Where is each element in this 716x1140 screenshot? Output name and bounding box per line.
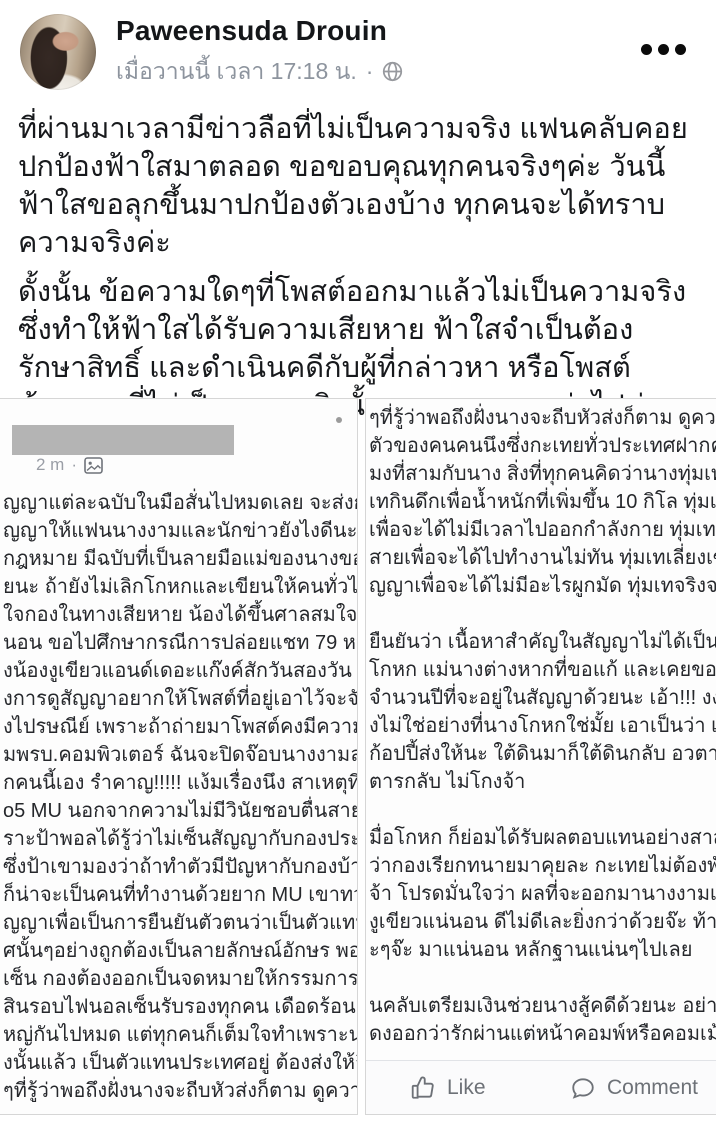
screenshot-text-line: ยืนยันว่า เนื้อหาสำคัญในสัญญาไม่ได้เป็นอ… xyxy=(369,628,716,656)
screenshot-text-line: ซึ่งป้าเขามองว่าถ้าทำตัวมีปัญหากับกองบ้า… xyxy=(3,853,358,881)
screenshot-text-line: เทกินดึกเพื่อน้ำหนักที่เพิ่มขึ้น 10 กิโล… xyxy=(369,488,716,516)
screenshot-text-line: สินรอบไฟนอลเซ็นรับรองทุกคน เดือดร้อน xyxy=(3,993,358,1021)
screenshot-text-line: ใจกองในทางเสียหาย น้องได้ขึ้นศาลสมใจ xyxy=(3,601,358,629)
globe-privacy-icon xyxy=(382,61,403,82)
screenshot-text-block: ๆที่รู้ว่าพอถึงฝั่งนางจะถีบหัวส่งก็ตาม ด… xyxy=(369,404,716,1048)
screenshot-text-line: หญ่กันไปหมด แต่ทุกคนก็เต็มใจทำเพราะนาง xyxy=(3,1021,358,1049)
screenshot-text-line: เซ็น กองต้องออกเป็นจดหมายให้กรรมการที่ xyxy=(3,965,358,993)
screenshot-text-line: ตารกลับ ไม่โกงจ้า xyxy=(369,768,716,796)
screenshot-text-line: งไปรษณีย์ เพราะถ้าถ่ายมาโพสต์คงมีความผิด xyxy=(3,713,358,741)
thumbs-up-icon xyxy=(410,1075,436,1101)
screenshot-text-line: o5 MU นอกจากความไม่มีวินัยชอบตื่นสายแล้ xyxy=(3,797,358,825)
screenshot-text-line: มื่อโกหก ก็ย่อมได้รับผลตอบแทนอย่างสาสม xyxy=(369,824,716,852)
screenshot-text-line: ญญาให้แฟนนางงามและนักข่าวยังไงดีนะถึงจะไ xyxy=(3,517,358,545)
screenshot-text-line: มพรบ.คอมพิวเตอร์ ฉันจะปิดจ๊อบนางงามลวง xyxy=(3,741,358,769)
avatar[interactable] xyxy=(20,14,96,90)
screenshot-text-line xyxy=(369,796,716,824)
screenshot-text-line: งูเขียวแน่นอน ดีไม่ดีเละยิ่งกว่าด้วยจ๊ะ … xyxy=(369,908,716,936)
post-options-button[interactable] xyxy=(637,40,690,59)
screenshot-text-line: นอน ขอไปศึกษากรณีการปล่อยแชท 79 หน้า xyxy=(3,629,358,657)
screenshot-text-line: ยนะ ถ้ายังไม่เลิกโกหกและเขียนให้คนทั่วไป xyxy=(3,573,358,601)
screenshot-text-line: ๆที่รู้ว่าพอถึงฝั่งนางจะถีบหัวส่งก็ตาม ด… xyxy=(369,404,716,432)
screenshot-text-line: ศนั้นๆอย่างถูกต้องเป็นลายลักษณ์อักษร พอน… xyxy=(3,937,358,965)
screenshot-timestamp: 2 m xyxy=(36,455,64,475)
corner-dot xyxy=(336,417,342,423)
screenshot-text-line xyxy=(369,600,716,628)
screenshot-text-line: กฎหมาย มีฉบับที่เป็นลายมือแม่ของนางขอแก้ xyxy=(3,545,358,573)
redacted-name-bar xyxy=(12,425,234,455)
screenshot-text-line: มงที่สามกับนาง สิ่งที่ทุกคนคิดว่านางทุ่ม… xyxy=(369,460,716,488)
dot-icon xyxy=(658,44,669,55)
meta-separator: · xyxy=(71,455,77,475)
screenshot-text-line: ก็น่าจะเป็นคนที่ทำงานด้วยยาก MU เขาทวง xyxy=(3,881,358,909)
dot-icon xyxy=(675,44,686,55)
screenshot-text-line: ญญาเพื่อจะได้ไม่มีอะไรผูกมัด ทุ่มเทจริงจ… xyxy=(369,572,716,600)
screenshot-text-line: จำนวนปีที่จะอยู่ในสัญญาด้วยนะ เอ้า!!! งง… xyxy=(369,684,716,712)
dot-icon xyxy=(641,44,652,55)
embedded-like-label: Like xyxy=(447,1076,486,1100)
screenshot-text-line: ตัวของคนคนนึงซึ่งกะเทยทั่วประเทศฝากควา xyxy=(369,432,716,460)
screenshot-text-line: กคนนี้เอง รำคาญ!!!!! แง้มเรื่องนึง สาเหต… xyxy=(3,769,358,797)
post-paragraph: ที่ผ่านมาเวลามีข่าวลือที่ไม่เป็นความจริง… xyxy=(18,110,700,262)
screenshot-text-line: จ้า โปรดมั่นใจว่า ผลที่จะออกมานางงามเละ xyxy=(369,880,716,908)
screenshot-text-line xyxy=(369,964,716,992)
meta-separator: · xyxy=(366,58,374,85)
photo-icon xyxy=(84,457,103,474)
screenshot-text-line: ก้อปปี้ส่งให้นะ ใต้ดินมาก็ใต้ดินกลับ อวต… xyxy=(369,740,716,768)
header-text: Paweensuda Drouin เมื่อวานนี้ เวลา 17:18… xyxy=(116,15,403,90)
screenshot-text-line: งไม่ใช่อย่างที่นางโกหกใช่มั้ย เอาเป็นว่า… xyxy=(369,712,716,740)
post-body: ที่ผ่านมาเวลามีข่าวลือที่ไม่เป็นความจริง… xyxy=(0,96,716,425)
post-header: Paweensuda Drouin เมื่อวานนี้ เวลา 17:18… xyxy=(0,0,716,96)
screenshot-text-line: สายเพื่อจะได้ไปทำงานไม่ทัน ทุ่มเทเลี่ยงเ… xyxy=(369,544,716,572)
timestamp: เมื่อวานนี้ เวลา 17:18 น. xyxy=(116,54,357,90)
attached-image-right[interactable]: ๆที่รู้ว่าพอถึงฝั่งนางจะถีบหัวส่งก็ตาม ด… xyxy=(365,398,716,1115)
screenshot-text-line: โกหก แม่นางต่างหากที่ขอแก้ และเคยขอให้ xyxy=(369,656,716,684)
screenshot-text-line: ๆที่รู้ว่าพอถึงฝั่งนางจะถีบหัวส่งก็ตาม ด… xyxy=(3,1077,358,1105)
screenshot-text-line: ราะป้าพอลได้รู้ว่าไม่เซ็นสัญญากับกองประเ… xyxy=(3,825,358,853)
screenshot-text-line: ญญาแต่ละฉบับในมือสั่นไปหมดเลย จะส่งก้อปป… xyxy=(3,489,358,517)
screenshot-text-line: ดงออกว่ารักผ่านแต่หน้าคอมพ์หรือคอมเม้นท์ xyxy=(369,1020,716,1048)
attached-images: 2 m · ญญาแต่ละฉบับในมือสั่นไปหมดเลย จะส่… xyxy=(0,398,716,1115)
embedded-comment-button: Comment xyxy=(570,1075,698,1101)
attached-image-left[interactable]: 2 m · ญญาแต่ละฉบับในมือสั่นไปหมดเลย จะส่… xyxy=(0,398,358,1115)
screenshot-text-line: ว่ากองเรียกทนายมาคุยละ กะเทยไม่ต้องพัก xyxy=(369,852,716,880)
screenshot-text-line: งน้องงูเขียวแอนด์เดอะแก๊งค์สักวันสองวัน … xyxy=(3,657,358,685)
embedded-like-button: Like xyxy=(410,1075,486,1101)
screenshot-text-line: งนั้นแล้ว เป็นตัวแทนประเทศอยู่ ต้องส่งให… xyxy=(3,1049,358,1077)
author-name[interactable]: Paweensuda Drouin xyxy=(116,15,403,47)
embedded-comment-label: Comment xyxy=(607,1076,698,1100)
screenshot-text-line: ะๆจ๊ะ มาแน่นอน หลักฐานแน่นๆไปเลย xyxy=(369,936,716,964)
screenshot-text-line: งการดูสัญญาอยากให้โพสต์ที่อยู่เอาไว้จะจั… xyxy=(3,685,358,713)
screenshot-text-line: นคลับเตรียมเงินช่วยนางสู้คดีด้วยนะ อย่า xyxy=(369,992,716,1020)
embedded-action-bar: Like Comment xyxy=(366,1060,716,1114)
screenshot-text-line: ญญาเพื่อเป็นการยืนยันตัวตนว่าเป็นตัวแทนป… xyxy=(3,909,358,937)
post-meta: เมื่อวานนี้ เวลา 17:18 น. · xyxy=(116,54,403,90)
comment-bubble-icon xyxy=(570,1075,596,1101)
screenshot-text-block: ญญาแต่ละฉบับในมือสั่นไปหมดเลย จะส่งก้อปป… xyxy=(3,489,358,1105)
screenshot-meta: 2 m · xyxy=(36,455,103,475)
screenshot-text-line: เพื่อจะได้ไม่มีเวลาไปออกกำลังกาย ทุ่มเทน… xyxy=(369,516,716,544)
